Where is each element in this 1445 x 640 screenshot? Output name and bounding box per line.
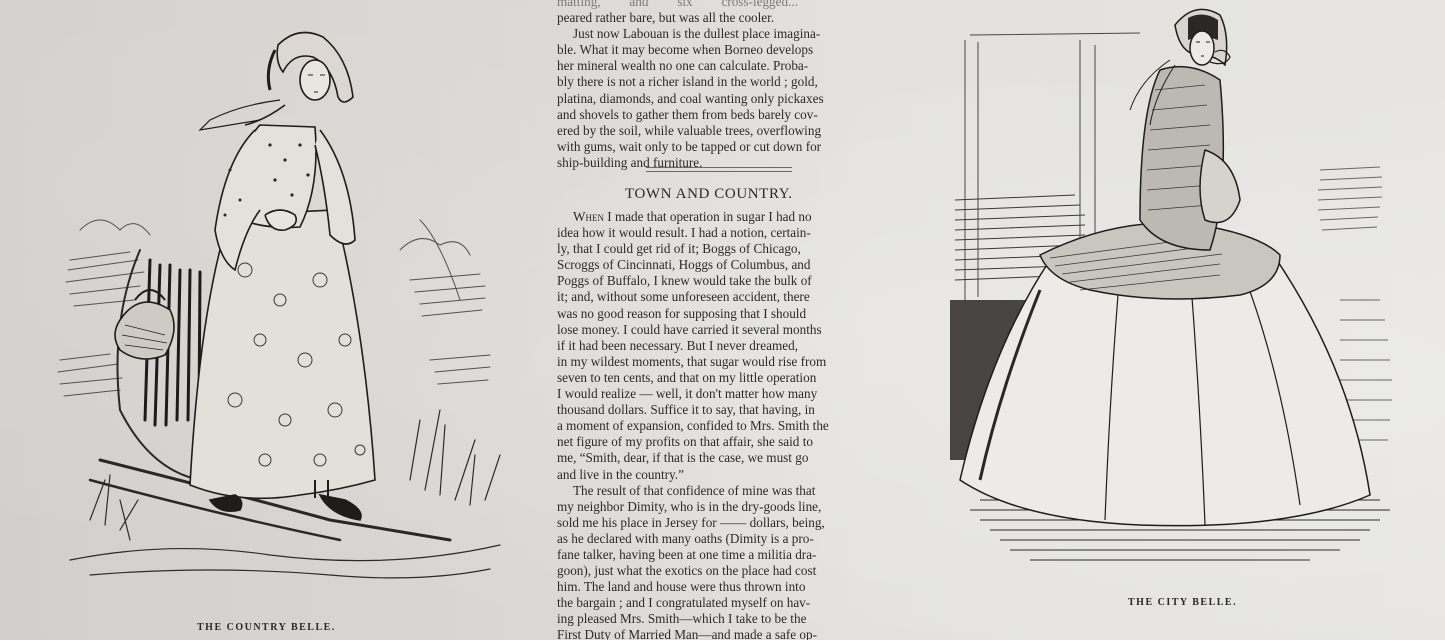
text-line: net figure of my profits on that affair,… xyxy=(557,434,798,450)
text-line: matting, and six cross-legged... xyxy=(557,0,798,10)
text-line: if it had been necessary. But I never dr… xyxy=(557,338,798,354)
article-title: TOWN AND COUNTRY. xyxy=(625,186,793,203)
text-line: as he declared with many oaths (Dimity i… xyxy=(557,531,798,547)
article-body: When I made that operation in sugar I ha… xyxy=(557,209,798,640)
text-line: and shovels to gather them from beds bar… xyxy=(557,107,798,123)
text-line: her mineral wealth no one can calculate.… xyxy=(557,58,798,74)
text-line: ered by the soil, while valuable trees, … xyxy=(557,123,798,139)
text-line: Just now Labouan is the dullest place im… xyxy=(557,26,798,42)
country-belle-caption: THE COUNTRY BELLE. xyxy=(197,622,336,633)
text-line: in my wildest moments, that sugar would … xyxy=(557,354,798,370)
text-line: thousand dollars. Suffice it to say, tha… xyxy=(557,402,798,418)
text-line: bly there is not a richer island in the … xyxy=(557,74,798,90)
text-line: When I made that operation in sugar I ha… xyxy=(557,209,798,225)
text-line: it; and, without some unforeseen acciden… xyxy=(557,289,798,305)
text-line: ly, that I could get rid of it; Boggs of… xyxy=(557,241,798,257)
text-line: ing pleased Mrs. Smith—which I take to b… xyxy=(557,611,798,627)
newspaper-page: THE COUNTRY BELLE. matting, and six cros… xyxy=(0,0,1445,640)
text-line: him. The land and house were thus thrown… xyxy=(557,579,798,595)
section-divider xyxy=(646,167,792,172)
drop-word: When xyxy=(573,209,604,224)
city-belle-caption: THE CITY BELLE. xyxy=(1128,597,1237,608)
text-line: The result of that confidence of mine wa… xyxy=(557,483,798,499)
text-line: a moment of expansion, confided to Mrs. … xyxy=(557,418,798,434)
text-line: idea how it would result. I had a notion… xyxy=(557,225,798,241)
text-line: First Duty of Married Man—and made a saf… xyxy=(557,627,798,640)
text-line: my neighbor Dimity, who is in the dry-go… xyxy=(557,499,798,515)
text-line: sold me his place in Jersey for —— dolla… xyxy=(557,515,798,531)
text-line: Poggs of Buffalo, I knew would take the … xyxy=(557,273,798,289)
city-belle-illustration xyxy=(940,0,1420,590)
text-line: lose money. I could have carried it seve… xyxy=(557,322,798,338)
text-line: seven to ten cents, and that on my littl… xyxy=(557,370,798,386)
country-belle-illustration xyxy=(30,0,530,600)
text-line: and live in the country.” xyxy=(557,467,798,483)
text-line: peared rather bare, but was all the cool… xyxy=(557,10,798,26)
text-line: Scroggs of Cincinnati, Hoggs of Columbus… xyxy=(557,257,798,273)
city-belle-engraving xyxy=(940,0,1420,590)
text-line: the bargain ; and I congratulated myself… xyxy=(557,595,798,611)
text-column: matting, and six cross-legged... peared … xyxy=(557,0,798,171)
text-line: I would realize — well, it don't matter … xyxy=(557,386,798,402)
text-line: ble. What it may become when Borneo deve… xyxy=(557,42,798,58)
country-belle-engraving xyxy=(30,0,530,600)
text-line: with gums, wait only to be tapped or cut… xyxy=(557,139,798,155)
text-line: goon), just what the exotics on the plac… xyxy=(557,563,798,579)
text-line: was no good reason for supposing that I … xyxy=(557,306,798,322)
text-line: me, “Smith, dear, if that is the case, w… xyxy=(557,450,798,466)
text-line: fane talker, having been at one time a m… xyxy=(557,547,798,563)
text-line: platina, diamonds, and coal wanting only… xyxy=(557,91,798,107)
